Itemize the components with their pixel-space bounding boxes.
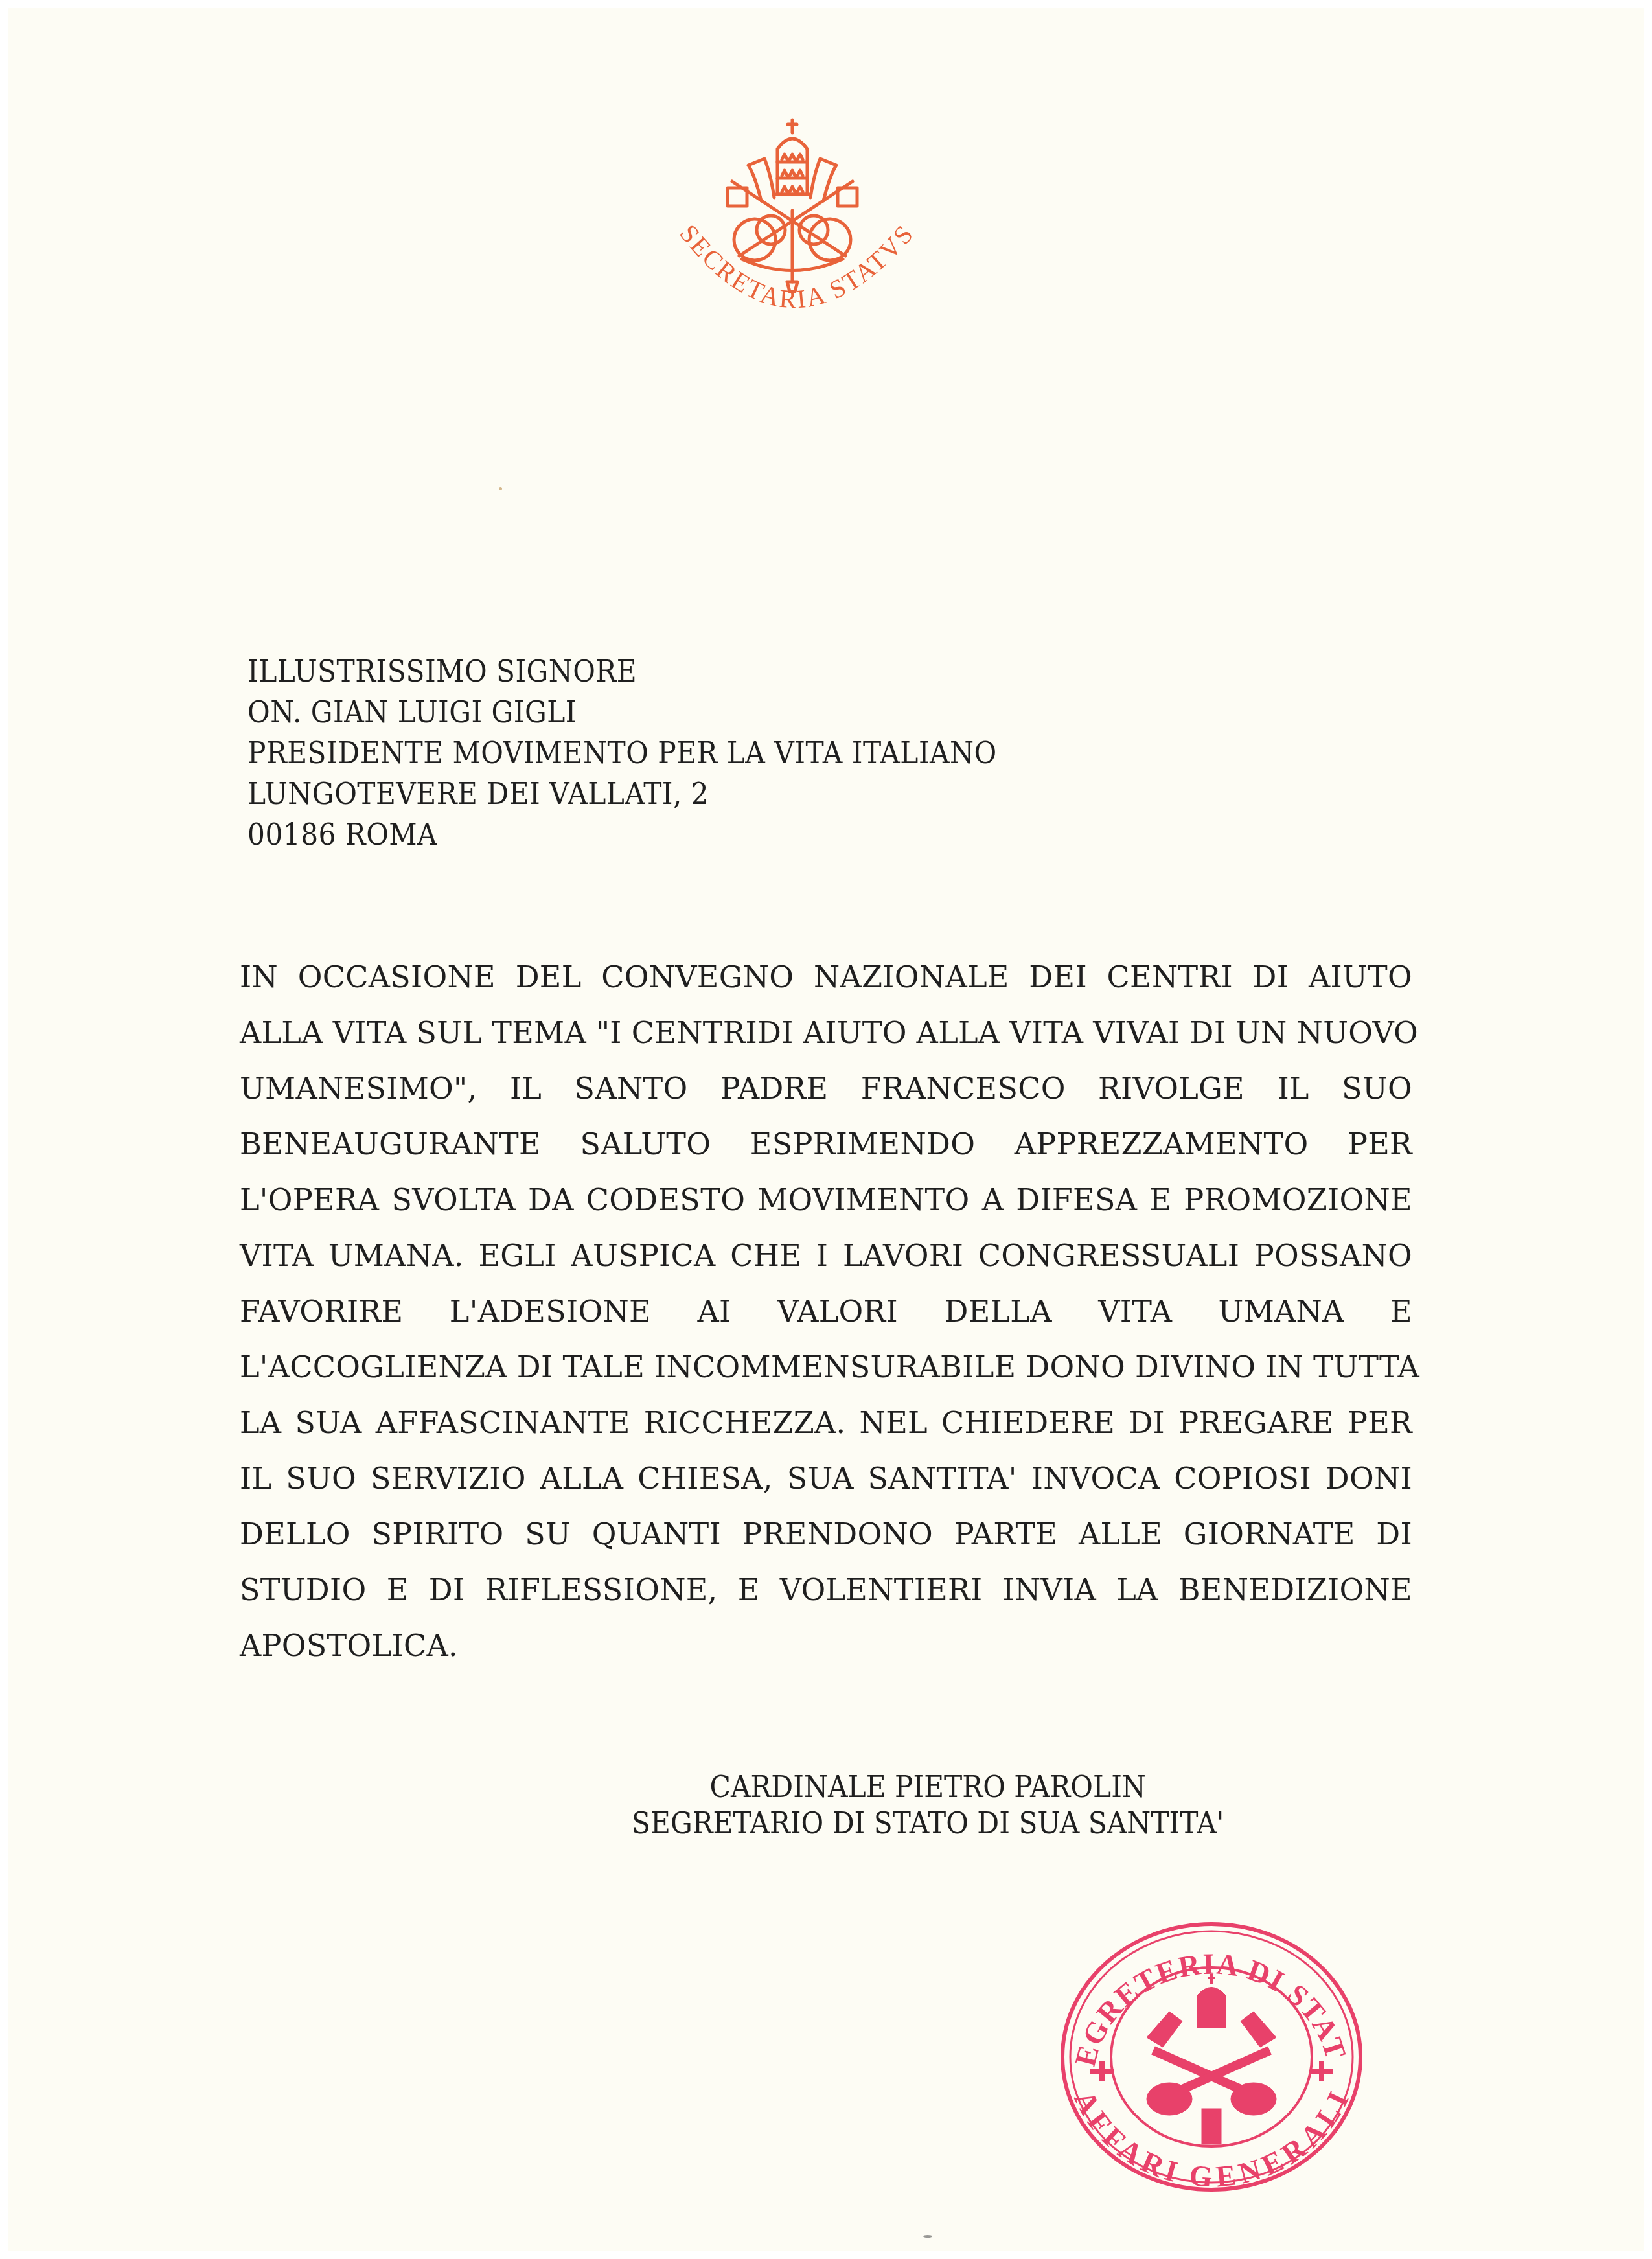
- signatory-title: SEGRETARIO DI STATO DI SUA SANTITA': [632, 1805, 1224, 1841]
- body-line: VITA UMANA. EGLI AUSPICA CHE I LAVORI CO…: [240, 1228, 1412, 1283]
- body-line: L'ACCOGLIENZA DI TALE INCOMMENSURABILE D…: [240, 1339, 1412, 1395]
- svg-text:SECRETARIA STATVS: SECRETARIA STATVS: [674, 218, 919, 314]
- body-line: IN OCCASIONE DEL CONVEGNO NAZIONALE DEI …: [240, 949, 1412, 1005]
- recipient-address: ILLUSTRISSIMO SIGNORE ON. GIAN LUIGI GIG…: [247, 651, 997, 855]
- body-line: STUDIO E DI RIFLESSIONE, E VOLENTIERI IN…: [240, 1562, 1412, 1618]
- body-line: LA SUA AFFASCINANTE RICCHEZZA. NEL CHIED…: [240, 1395, 1412, 1451]
- body-line: IL SUO SERVIZIO ALLA CHIESA, SUA SANTITA…: [240, 1451, 1412, 1506]
- letter-body: IN OCCASIONE DEL CONVEGNO NAZIONALE DEI …: [240, 949, 1412, 1673]
- body-line: BENEAUGURANTE SALUTO ESPRIMENDO APPREZZA…: [240, 1116, 1412, 1172]
- recipient-name: ON. GIAN LUIGI GIGLI: [247, 692, 997, 733]
- letterhead: SECRETARIA STATVS: [632, 97, 1020, 356]
- signature-block: CARDINALE PIETRO PAROLIN SEGRETARIO DI S…: [632, 1769, 1224, 1841]
- letterhead-motto: SECRETARIA STATVS: [674, 218, 919, 314]
- body-line: DELLO SPIRITO SU QUANTI PRENDONO PARTE A…: [240, 1506, 1412, 1562]
- recipient-street: LUNGOTEVERE DEI VALLATI, 2: [247, 774, 997, 814]
- recipient-role: PRESIDENTE MOVIMENTO PER LA VITA ITALIAN…: [247, 733, 997, 774]
- body-line: FAVORIRE L'ADESIONE AI VALORI DELLA VITA…: [240, 1283, 1412, 1339]
- signatory-name: CARDINALE PIETRO PAROLIN: [632, 1769, 1224, 1805]
- body-line: L'OPERA SVOLTA DA CODESTO MOVIMENTO A DI…: [240, 1172, 1412, 1228]
- official-stamp: SEGRETERIA DI STATO AFFARI GENERALI: [1050, 1914, 1373, 2199]
- body-line: APOSTOLICA.: [240, 1618, 1412, 1673]
- body-line: ALLA VITA SUL TEMA "I CENTRIDI AIUTO ALL…: [240, 1005, 1412, 1061]
- papal-coat-of-arms-icon: [1147, 1974, 1276, 2144]
- recipient-city: 00186 ROMA: [247, 814, 997, 855]
- paper-speck: [923, 2235, 932, 2238]
- paper-speck: [499, 487, 502, 490]
- papal-coat-of-arms-icon: SECRETARIA STATVS: [632, 97, 1020, 356]
- body-line: UMANESIMO", IL SANTO PADRE FRANCESCO RIV…: [240, 1061, 1412, 1116]
- recipient-salutation: ILLUSTRISSIMO SIGNORE: [247, 651, 997, 692]
